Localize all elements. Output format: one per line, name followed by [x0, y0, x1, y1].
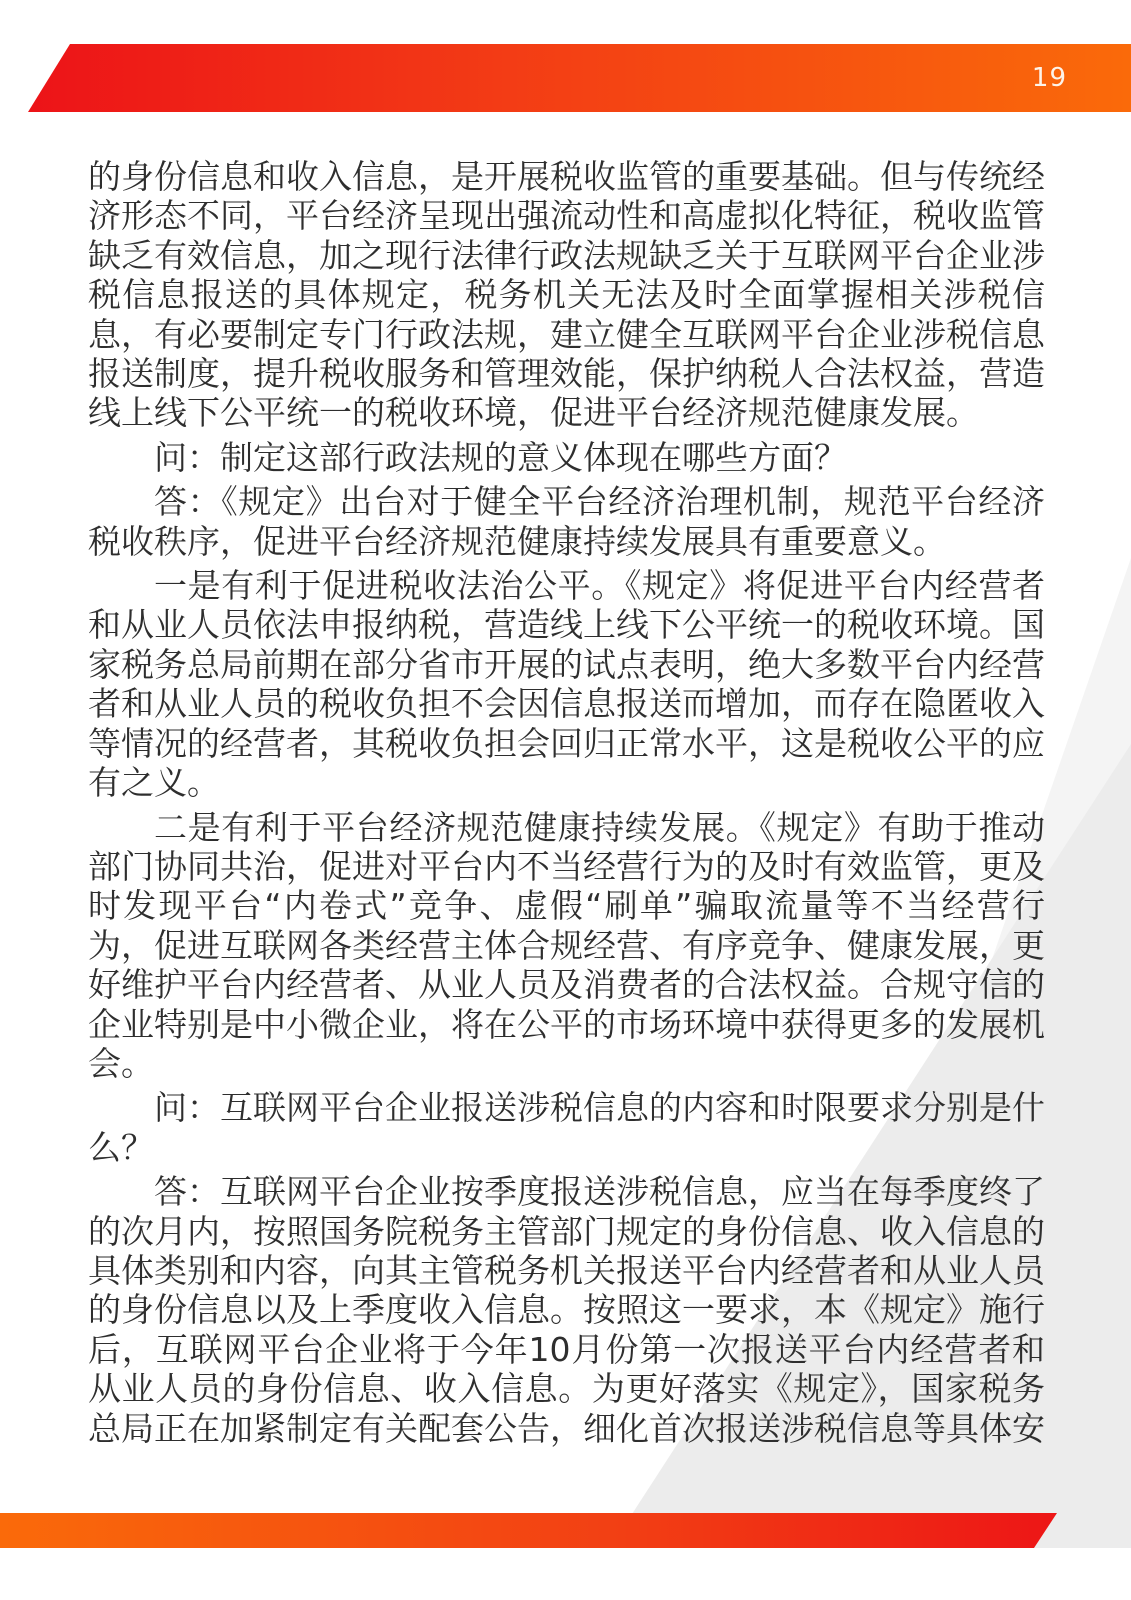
page-number: 19 — [1032, 44, 1067, 112]
article-body: 的身份信息和收入信息，是开展税收监管的重要基础。但与传统经济形态不同，平台经济呈… — [88, 157, 1045, 1448]
question-paragraph: 问：互联网平台企业报送涉税信息的内容和时限要求分别是什么？ — [88, 1088, 1045, 1167]
header-band: 19 — [0, 44, 1131, 112]
body-paragraph: 一是有利于促进税收法治公平。《规定》将促进平台内经营者和从业人员依法申报纳税，营… — [88, 566, 1045, 802]
answer-paragraph: 答：互联网平台企业按季度报送涉税信息，应当在每季度终了的次月内，按照国务院税务主… — [88, 1172, 1045, 1448]
question-paragraph: 问：制定这部行政法规的意义体现在哪些方面？ — [88, 438, 1045, 477]
footer-band — [0, 1513, 1131, 1548]
answer-paragraph: 答：《规定》出台对于健全平台经济治理机制，规范平台经济税收秩序，促进平台经济规范… — [88, 482, 1045, 561]
body-paragraph: 二是有利于平台经济规范健康持续发展。《规定》有助于推动部门协同共治，促进对平台内… — [88, 808, 1045, 1084]
body-paragraph: 的身份信息和收入信息，是开展税收监管的重要基础。但与传统经济形态不同，平台经济呈… — [88, 157, 1045, 433]
document-page: 19 的身份信息和收入信息，是开展税收监管的重要基础。但与传统经济形态不同，平台… — [0, 0, 1131, 1600]
